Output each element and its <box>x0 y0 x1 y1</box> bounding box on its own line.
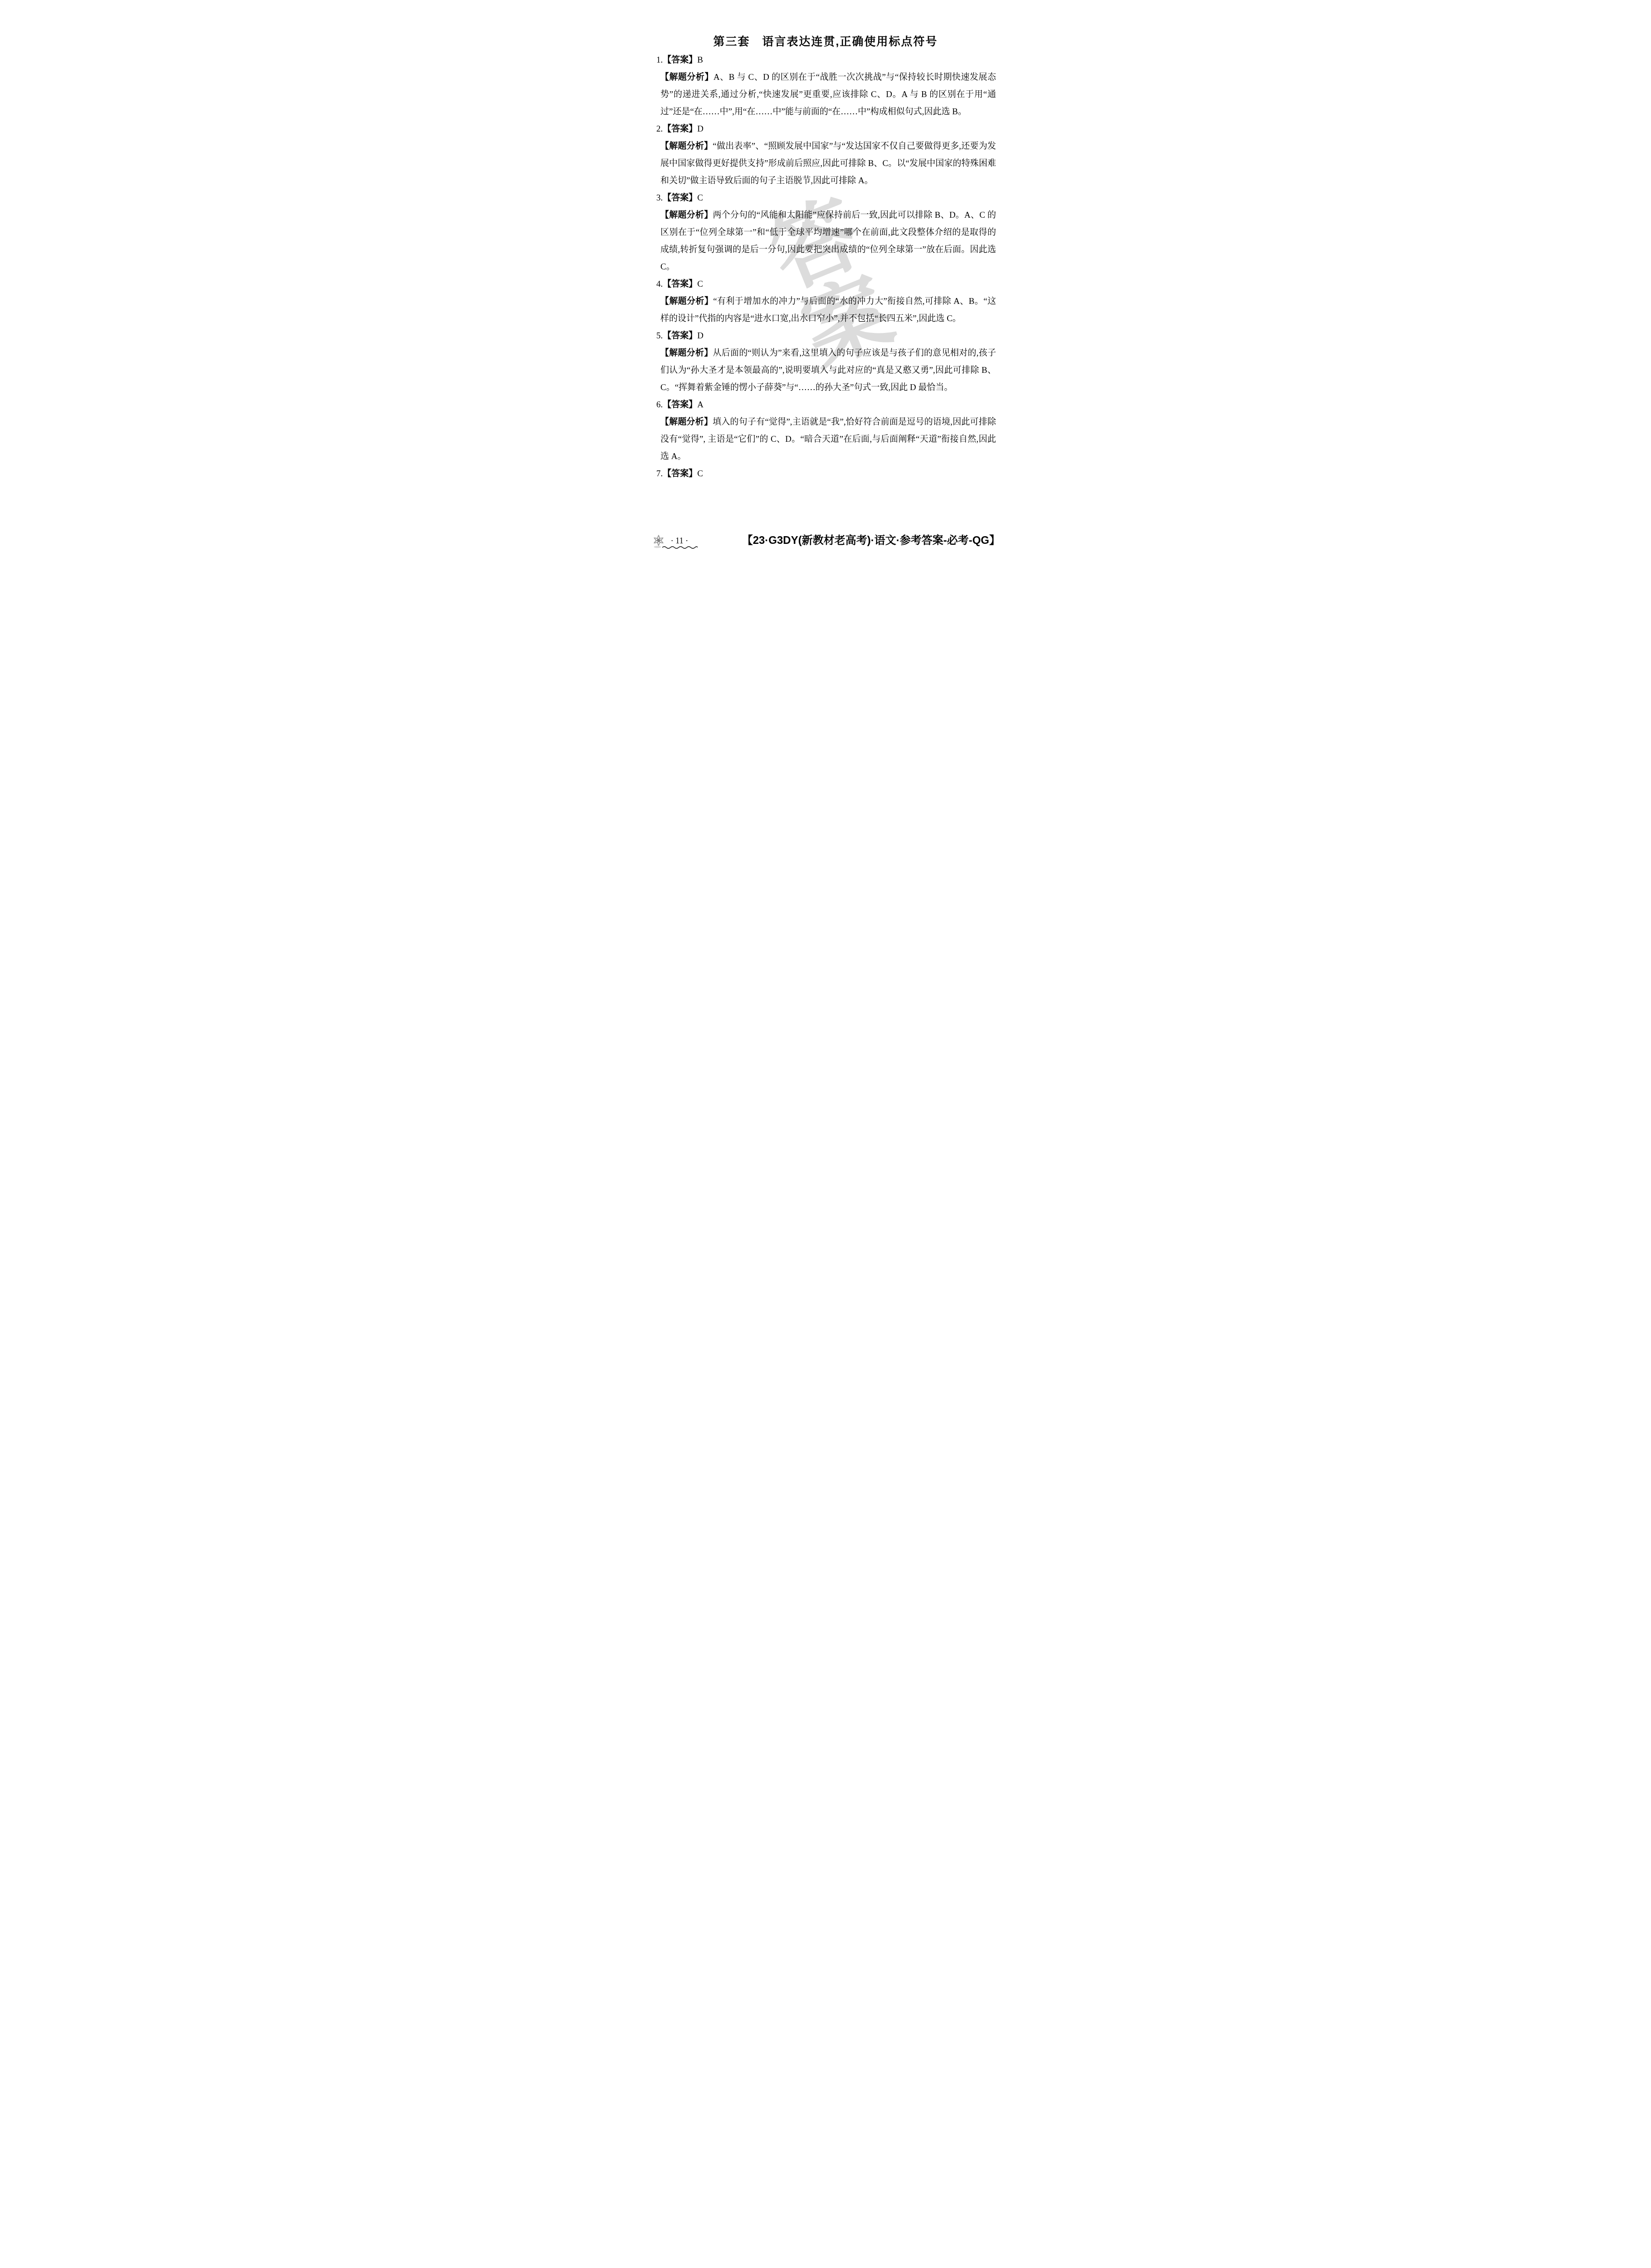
answer-letter: C <box>697 193 703 203</box>
item-number: 6. <box>656 400 663 410</box>
analysis-paragraph: 【解题分析】“有利于增加水的冲力”与后面的“水的冲力大”衔接自然,可排除 A、B… <box>660 293 996 327</box>
answer-letter: D <box>697 331 703 341</box>
page-title: 第三套 语言表达连贯,正确使用标点符号 <box>619 33 1032 51</box>
document-page: 答 案 第三套 语言表达连贯,正确使用标点符号 1.【答案】B 【解题分析】A、… <box>619 0 1032 580</box>
wavy-underline <box>662 546 698 549</box>
analysis-label: 【解题分析】 <box>660 348 713 358</box>
answer-label: 【答案】 <box>663 331 697 341</box>
answer-line: 1.【答案】B <box>656 52 1032 69</box>
analysis-label: 【解题分析】 <box>660 417 713 427</box>
answer-line: 6.【答案】A <box>656 396 1032 414</box>
item-number: 7. <box>656 469 663 479</box>
answer-letter: D <box>697 124 703 134</box>
page-number: · 11 · <box>664 535 694 546</box>
answer-line: 3.【答案】C <box>656 190 1032 207</box>
item-number: 1. <box>656 55 663 65</box>
answer-item-5: 5.【答案】D 【解题分析】从后面的“则认为”来看,这里填入的句子应该是与孩子们… <box>619 327 1032 396</box>
analysis-paragraph: 【解题分析】填入的句子有“觉得”,主语就是“我”,恰好符合前面是逗号的语境,因此… <box>660 414 996 465</box>
analysis-label: 【解题分析】 <box>660 142 713 151</box>
answer-letter: A <box>697 400 703 410</box>
answer-line: 5.【答案】D <box>656 327 1032 345</box>
answer-letter: C <box>697 279 703 289</box>
answer-label: 【答案】 <box>663 279 697 289</box>
answer-line: 2.【答案】D <box>656 121 1032 138</box>
answer-label: 【答案】 <box>663 193 697 203</box>
answer-line: 4.【答案】C <box>656 276 1032 293</box>
analysis-paragraph: 【解题分析】从后面的“则认为”来看,这里填入的句子应该是与孩子们的意见相对的,孩… <box>660 345 996 396</box>
document-content: 第三套 语言表达连贯,正确使用标点符号 1.【答案】B 【解题分析】A、B 与 … <box>619 0 1032 483</box>
item-number: 2. <box>656 124 663 134</box>
analysis-paragraph: 【解题分析】A、B 与 C、D 的区别在于“战胜一次次挑战”与“保持较长时期快速… <box>660 69 996 121</box>
answer-label: 【答案】 <box>663 469 697 479</box>
answer-item-1: 1.【答案】B 【解题分析】A、B 与 C、D 的区别在于“战胜一次次挑战”与“… <box>619 52 1032 121</box>
answer-label: 【答案】 <box>663 124 697 134</box>
item-number: 4. <box>656 279 663 289</box>
item-number: 3. <box>656 193 663 203</box>
analysis-paragraph: 【解题分析】两个分句的“风能和太阳能”应保持前后一致,因此可以排除 B、D。A、… <box>660 207 996 276</box>
answer-letter: C <box>697 469 703 479</box>
answer-item-7: 7.【答案】C <box>619 465 1032 483</box>
answer-item-3: 3.【答案】C 【解题分析】两个分句的“风能和太阳能”应保持前后一致,因此可以排… <box>619 190 1032 276</box>
item-number: 5. <box>656 331 663 341</box>
footer-imprint: 【23·G3DY(新教材老高考)·语文·参考答案-必考-QG】 <box>742 534 1000 547</box>
page-footer: · 11 · 【23·G3DY(新教材老高考)·语文·参考答案-必考-QG】 <box>619 535 1032 553</box>
answer-label: 【答案】 <box>663 55 697 65</box>
analysis-label: 【解题分析】 <box>660 73 713 82</box>
answer-item-6: 6.【答案】A 【解题分析】填入的句子有“觉得”,主语就是“我”,恰好符合前面是… <box>619 396 1032 465</box>
analysis-label: 【解题分析】 <box>660 210 713 220</box>
answer-item-4: 4.【答案】C 【解题分析】“有利于增加水的冲力”与后面的“水的冲力大”衔接自然… <box>619 276 1032 327</box>
analysis-label: 【解题分析】 <box>660 297 713 306</box>
answer-letter: B <box>697 55 703 65</box>
answer-line: 7.【答案】C <box>656 465 1032 483</box>
answer-item-2: 2.【答案】D 【解题分析】“做出表率”、“照顾发展中国家”与“发达国家不仅自己… <box>619 121 1032 190</box>
answer-label: 【答案】 <box>663 400 697 410</box>
analysis-paragraph: 【解题分析】“做出表率”、“照顾发展中国家”与“发达国家不仅自己要做得更多,还要… <box>660 138 996 190</box>
